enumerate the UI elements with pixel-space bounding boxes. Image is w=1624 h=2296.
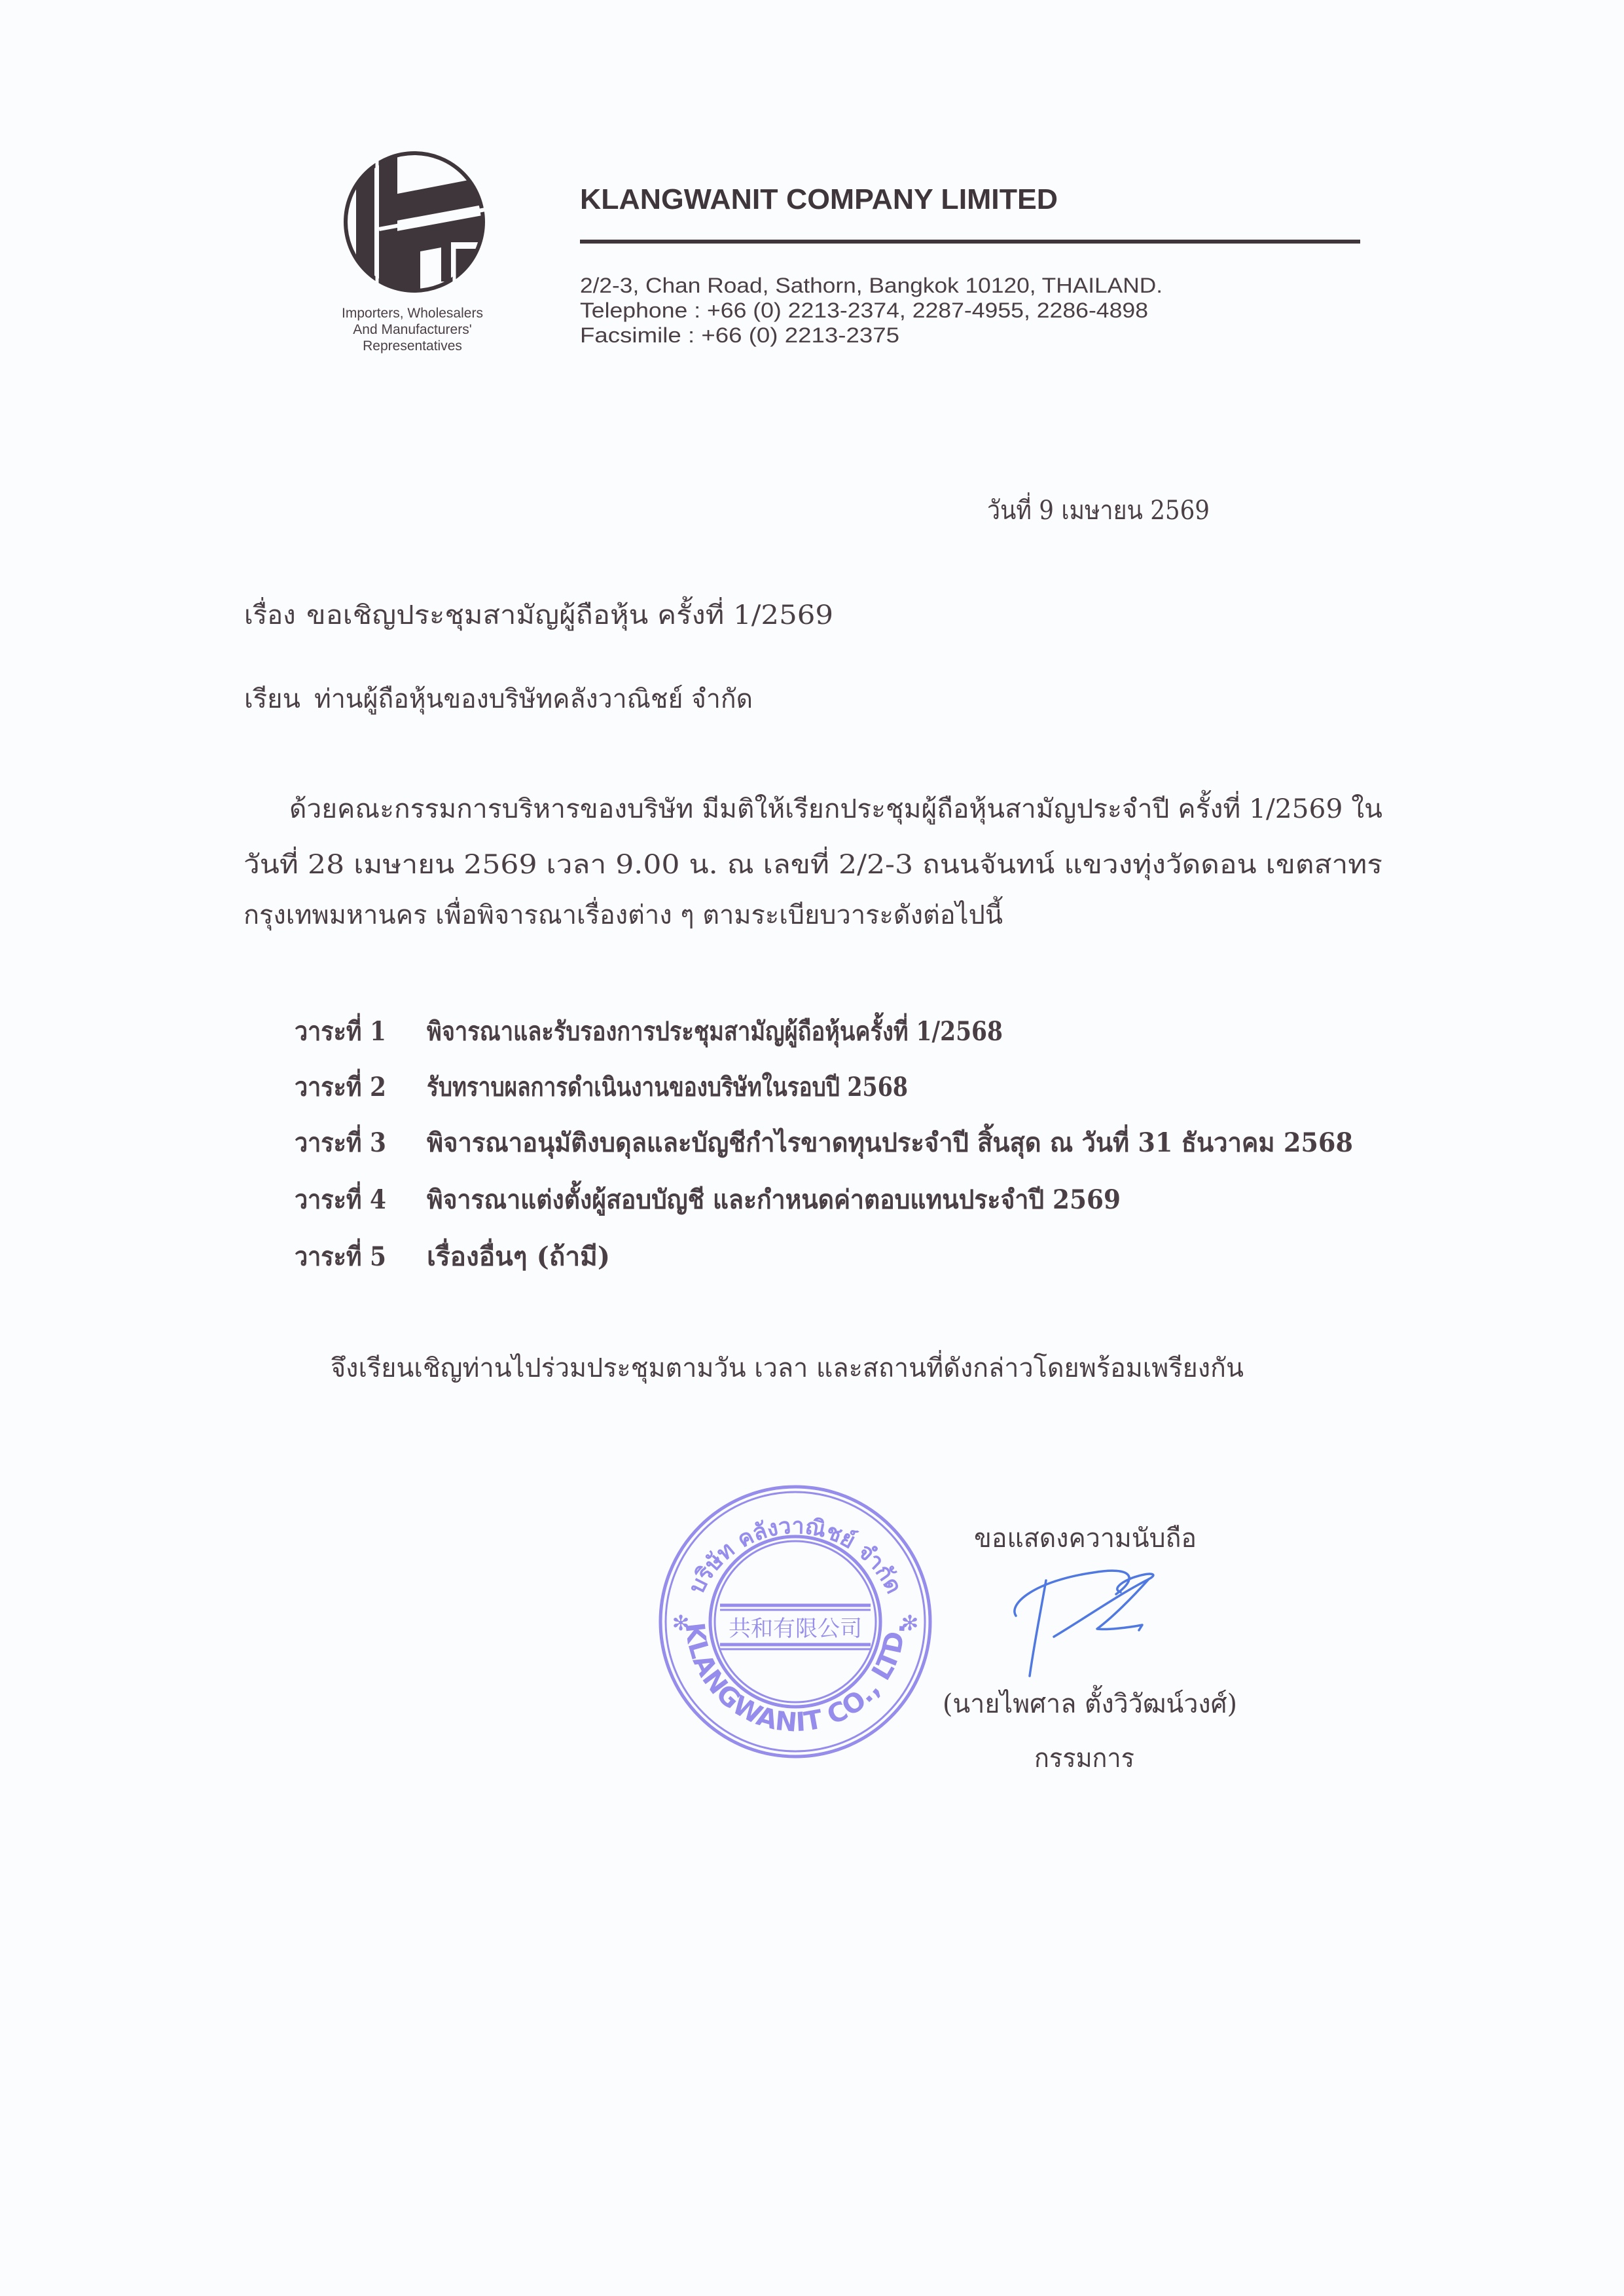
agenda-label-text: วาระที่ 3: [295, 1130, 386, 1156]
company-tagline: Importers, Wholesalers And Manufacturers…: [314, 305, 511, 354]
svg-text:✻: ✻: [672, 1611, 690, 1635]
closing-line: จึงเรียนเชิญท่านไปร่วมประชุมตามวัน เวลา …: [331, 1355, 1255, 1381]
agenda-item-text: พิจารณาแต่งตั้งผู้สอบบัญชี และกำหนดค่าตอ…: [427, 1187, 1170, 1213]
body-text: ด้วยคณะกรรมการบริหารของบริษัท มีมติให้เร…: [289, 796, 1382, 822]
agenda-item-label: วาระที่ 5: [295, 1244, 397, 1270]
agenda-text: พิจารณาและรับรองการประชุมสามัญผู้ถือหุ้น…: [427, 1019, 1003, 1045]
agenda-item-label: วาระที่ 3: [295, 1130, 397, 1156]
company-name: KLANGWANIT COMPANY LIMITED: [580, 183, 1051, 216]
letterhead-divider: [580, 240, 1360, 244]
agenda-item-text: พิจารณาอนุมัติงบดุลและบัญชีกำไรขาดทุนประ…: [427, 1130, 1398, 1156]
handwritten-signature-icon: [1008, 1565, 1178, 1683]
subject-text: ขอเชิญประชุมสามัญผู้ถือหุ้น ครั้งที่ 1/2…: [306, 602, 833, 629]
body-text: กรุงเทพมหานคร เพื่อพิจารณาเรื่องต่าง ๆ ต…: [244, 902, 1003, 928]
tagline-line: Importers, Wholesalers: [314, 305, 511, 321]
signatory-name: (นายไพศาล ตั้งวิวัฒน์วงศ์): [943, 1691, 1242, 1717]
body-line-3: กรุงเทพมหานคร เพื่อพิจารณาเรื่องต่าง ๆ ต…: [244, 902, 1008, 928]
complimentary-close: ขอแสดงความนับถือ: [974, 1525, 1200, 1552]
signatory-title-text: กรรมการ: [1034, 1745, 1134, 1772]
salutation-label: เรียน: [244, 684, 300, 714]
company-address: 2/2-3, Chan Road, Sathorn, Bangkok 10120…: [580, 274, 1108, 298]
agenda-item-text: เรื่องอื่นๆ (ถ้ามี): [427, 1244, 607, 1270]
company-logo-icon: [343, 151, 486, 293]
agenda-text: รับทราบผลการดำเนินงานของบริษัทในรอบปี 25…: [427, 1074, 908, 1101]
agenda-item-label: วาระที่ 1: [295, 1019, 397, 1045]
body-line-2: วันที่ 28 เมษายน 2569 เวลา 9.00 น. ณ เลข…: [244, 852, 1276, 878]
subject-text-wrap: ขอเชิญประชุมสามัญผู้ถือหุ้น ครั้งที่ 1/2…: [306, 602, 791, 629]
company-name-text: KLANGWANIT COMPANY LIMITED: [580, 183, 1058, 216]
body-text: วันที่ 28 เมษายน 2569 เวลา 9.00 น. ณ เลข…: [244, 852, 1382, 878]
agenda-item-text: รับทราบผลการดำเนินงานของบริษัทในรอบปี 25…: [427, 1074, 1005, 1101]
signatory-title: กรรมการ: [1034, 1745, 1140, 1772]
telephone-text: Telephone : +66 (0) 2213-2374, 2287-4955…: [580, 299, 1148, 323]
tagline-line: Representatives: [314, 338, 511, 354]
company-facsimile: Facsimile : +66 (0) 2213-2375: [580, 323, 859, 348]
agenda-text: เรื่องอื่นๆ (ถ้ามี): [427, 1244, 610, 1270]
salutation-text-wrap: ท่านผู้ถือหุ้นของบริษัทคลังวาณิชย์ จำกัด: [314, 686, 762, 712]
company-seal-stamp-icon: บริษัท คลังวาณิชย์ จำกัด KLANGWANIT CO.,…: [655, 1481, 936, 1762]
agenda-text: พิจารณาอนุมัติงบดุลและบัญชีกำไรขาดทุนประ…: [427, 1130, 1353, 1156]
agenda-item-text: พิจารณาและรับรองการประชุมสามัญผู้ถือหุ้น…: [427, 1019, 1096, 1045]
subject-label: เรื่อง: [244, 600, 296, 630]
salutation-line: เรียน: [244, 686, 300, 712]
company-telephone: Telephone : +66 (0) 2213-2374, 2287-4955…: [580, 299, 1091, 323]
subject-line: เรื่อง: [244, 602, 296, 629]
agenda-item-label: วาระที่ 4: [295, 1187, 397, 1213]
agenda-label-text: วาระที่ 2: [295, 1074, 386, 1101]
stamp-chinese-text: 共和有限公司: [729, 1616, 862, 1642]
svg-text:✻: ✻: [901, 1611, 919, 1635]
agenda-label-text: วาระที่ 4: [295, 1187, 386, 1213]
agenda-text: พิจารณาแต่งตั้งผู้สอบบัญชี และกำหนดค่าตอ…: [427, 1187, 1121, 1213]
signatory-name-text: (นายไพศาล ตั้งวิวัฒน์วงศ์): [943, 1691, 1237, 1717]
agenda-label-text: วาระที่ 5: [295, 1244, 386, 1270]
agenda-item-label: วาระที่ 2: [295, 1074, 397, 1101]
date-text: วันที่ 9 เมษายน 2569: [987, 498, 1210, 524]
facsimile-text: Facsimile : +66 (0) 2213-2375: [580, 323, 899, 348]
closing-text: จึงเรียนเชิญท่านไปร่วมประชุมตามวัน เวลา …: [331, 1355, 1244, 1381]
tagline-line: And Manufacturers': [314, 321, 511, 338]
letter-date: วันที่ 9 เมษายน 2569: [987, 498, 1236, 524]
body-line-1: ด้วยคณะกรรมการบริหารของบริษัท มีมติให้เร…: [289, 796, 1363, 822]
address-text: 2/2-3, Chan Road, Sathorn, Bangkok 10120…: [580, 274, 1163, 298]
salutation-text: ท่านผู้ถือหุ้นของบริษัทคลังวาณิชย์ จำกัด: [314, 686, 753, 712]
agenda-label-text: วาระที่ 1: [295, 1019, 386, 1045]
complimentary-close-text: ขอแสดงความนับถือ: [974, 1525, 1197, 1552]
